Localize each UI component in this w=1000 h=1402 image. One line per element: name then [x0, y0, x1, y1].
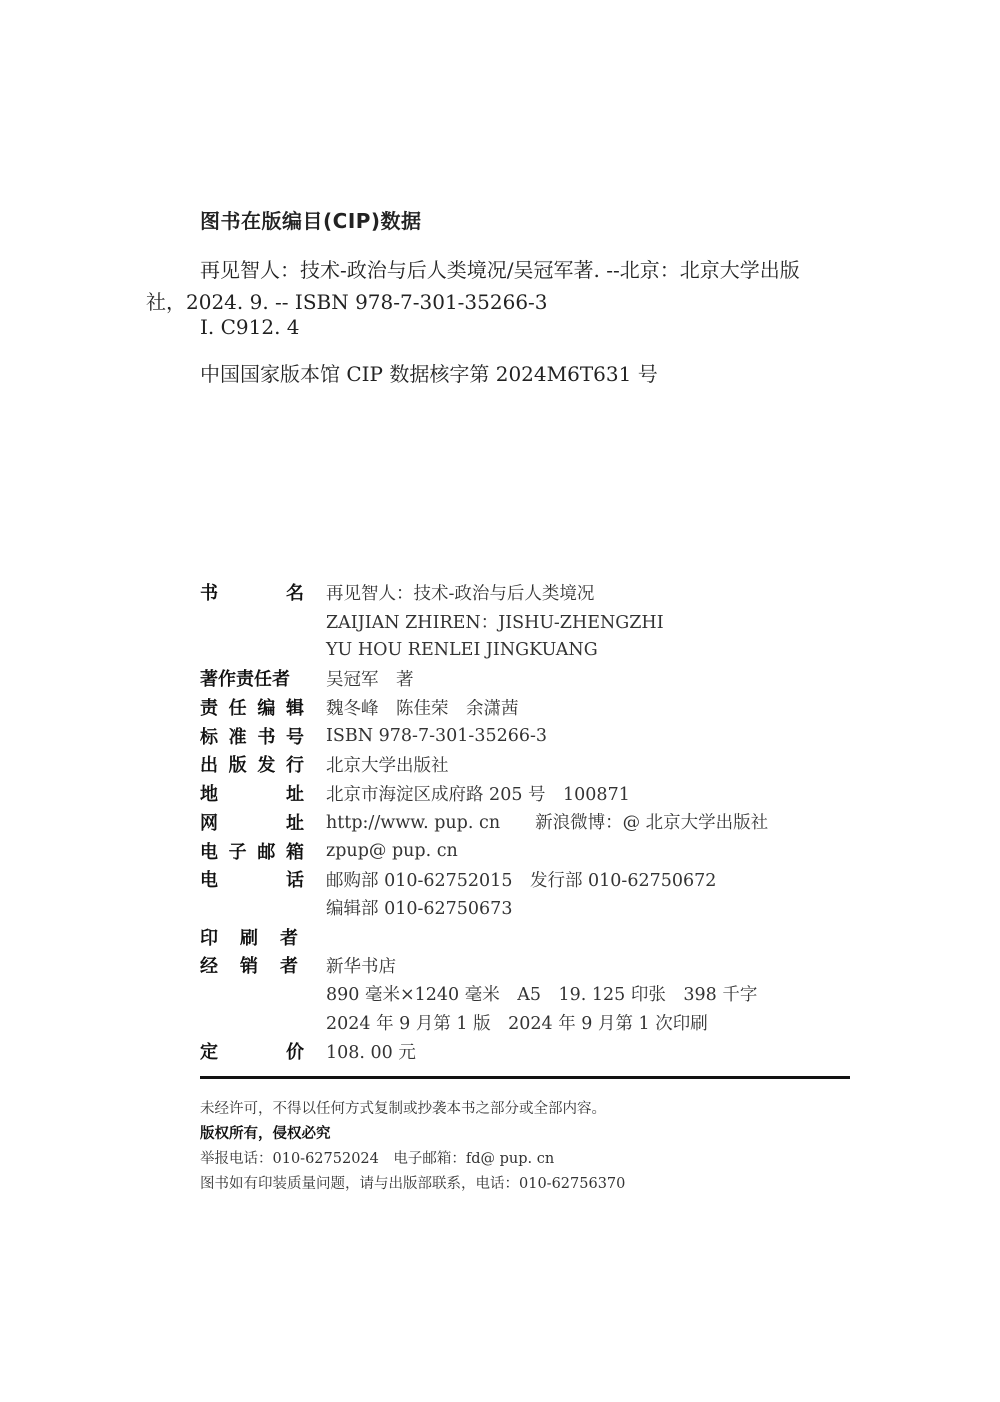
label-char: 经	[200, 952, 218, 978]
label-char: 责	[200, 694, 218, 720]
label-char: 邮	[257, 838, 275, 864]
label-char: 地	[200, 780, 218, 806]
info-row-title-pinyin-2: YU HOU RENLEI JINGKUANG	[200, 635, 860, 664]
label-char: 任	[229, 694, 247, 720]
label-char: 名	[286, 579, 304, 605]
info-value: 吴冠军 著	[326, 666, 414, 691]
label-char: 箱	[286, 838, 304, 864]
info-row-email: 电子邮箱 zpup@ pup. cn	[200, 836, 860, 865]
info-label: 出版发行	[200, 751, 304, 777]
info-value: ZAIJIAN ZHIREN：JISHU-ZHENGZHI	[326, 609, 664, 634]
info-label: 责任编辑	[200, 694, 304, 720]
info-value: 邮购部 010-62752015 发行部 010-62750672	[326, 867, 716, 892]
label-char: 话	[286, 866, 304, 892]
info-value: 再见智人：技术-政治与后人类境况	[326, 580, 594, 605]
label-char: 行	[286, 751, 304, 777]
info-value: 2024 年 9 月第 1 版 2024 年 9 月第 1 次印刷	[326, 1010, 708, 1035]
quality-contact: 图书如有印装质量问题，请与出版部联系，电话：010-62756370	[200, 1172, 625, 1193]
label-char: 刷	[240, 924, 258, 950]
divider-rule	[200, 1076, 850, 1079]
info-row-website: 网址 http://www. pup. cn 新浪微博：@ 北京大学出版社	[200, 808, 860, 837]
info-row-printer: 印刷者	[200, 922, 860, 951]
copy-notice: 未经许可，不得以任何方式复制或抄袭本书之部分或全部内容。	[200, 1097, 606, 1118]
label-char: 者	[280, 952, 298, 978]
info-label: 定价	[200, 1038, 304, 1064]
info-label: 印刷者	[200, 924, 304, 950]
info-value: 编辑部 010-62750673	[326, 895, 512, 920]
label-char: 电	[200, 838, 218, 864]
info-value: ISBN 978-7-301-35266-3	[326, 726, 547, 746]
info-row-edition: 2024 年 9 月第 1 版 2024 年 9 月第 1 次印刷	[200, 1008, 860, 1037]
cip-verification-number: 中国国家版本馆 CIP 数据核字第 2024M6T631 号	[200, 358, 658, 387]
copyright-info-table: 书名 再见智人：技术-政治与后人类境况 ZAIJIAN ZHIREN：JISHU…	[200, 578, 860, 1066]
info-row-title: 书名 再见智人：技术-政治与后人类境况	[200, 578, 860, 607]
info-row-author: 著作责任者 吴冠军 著	[200, 664, 860, 693]
label-char: 出	[200, 751, 218, 777]
info-label: 标准书号	[200, 723, 304, 749]
info-label: 电子邮箱	[200, 838, 304, 864]
label-char: 版	[229, 751, 247, 777]
info-value: http://www. pup. cn 新浪微博：@ 北京大学出版社	[326, 809, 768, 834]
info-row-title-pinyin-1: ZAIJIAN ZHIREN：JISHU-ZHENGZHI	[200, 607, 860, 636]
info-value: 新华书店	[326, 953, 396, 978]
label-char: 销	[240, 952, 258, 978]
label-char: 书	[200, 579, 218, 605]
label-char: 发	[257, 751, 275, 777]
info-label: 经销者	[200, 952, 304, 978]
cip-record-line-2: 社，2024. 9. -- ISBN 978-7-301-35266-3	[146, 286, 548, 315]
label-char: 号	[286, 723, 304, 749]
info-label: 书名	[200, 579, 304, 605]
info-label: 网址	[200, 809, 304, 835]
label-char: 定	[200, 1038, 218, 1064]
info-value: 北京大学出版社	[326, 752, 449, 777]
info-row-publisher: 出版发行 北京大学出版社	[200, 750, 860, 779]
info-value: zpup@ pup. cn	[326, 841, 458, 861]
info-value: 北京市海淀区成府路 205 号 100871	[326, 781, 630, 806]
label-char: 网	[200, 809, 218, 835]
label-char: 价	[286, 1038, 304, 1064]
label-char: 书	[257, 723, 275, 749]
info-row-address: 地址 北京市海淀区成府路 205 号 100871	[200, 779, 860, 808]
cip-heading: 图书在版编目(CIP)数据	[200, 205, 422, 234]
info-row-price: 定价 108. 00 元	[200, 1037, 860, 1066]
info-row-editors: 责任编辑 魏冬峰 陈佳荣 余潇茜	[200, 693, 860, 722]
label-char: 辑	[286, 694, 304, 720]
label-text: 著作责任者	[200, 665, 290, 691]
info-row-format: 890 毫米×1240 毫米 A5 19. 125 印张 398 千字	[200, 980, 860, 1009]
cip-classification: Ⅰ. C912. 4	[200, 315, 300, 339]
cip-record-line-1: 再见智人：技术-政治与后人类境况/吴冠军著. --北京：北京大学出版	[200, 254, 800, 283]
rights-reserved: 版权所有，侵权必究	[200, 1122, 331, 1143]
info-row-phone-editorial: 编辑部 010-62750673	[200, 894, 860, 923]
label-char: 标	[200, 723, 218, 749]
info-row-distributor: 经销者 新华书店	[200, 951, 860, 980]
report-contact: 举报电话：010-62752024 电子邮箱：fd@ pup. cn	[200, 1147, 554, 1168]
info-value: 108. 00 元	[326, 1039, 416, 1064]
info-value: 魏冬峰 陈佳荣 余潇茜	[326, 695, 519, 720]
info-label: 著作责任者	[200, 665, 304, 691]
info-value: YU HOU RENLEI JINGKUANG	[326, 640, 598, 660]
label-char: 准	[229, 723, 247, 749]
info-label: 电话	[200, 866, 304, 892]
label-char: 印	[200, 924, 218, 950]
label-char: 编	[257, 694, 275, 720]
label-char: 址	[286, 780, 304, 806]
info-row-phone: 电话 邮购部 010-62752015 发行部 010-62750672	[200, 865, 860, 894]
label-char: 电	[200, 866, 218, 892]
info-label: 地址	[200, 780, 304, 806]
info-value: 890 毫米×1240 毫米 A5 19. 125 印张 398 千字	[326, 981, 757, 1006]
label-char: 者	[280, 924, 298, 950]
label-char: 子	[229, 838, 247, 864]
info-row-isbn: 标准书号 ISBN 978-7-301-35266-3	[200, 721, 860, 750]
label-char: 址	[286, 809, 304, 835]
